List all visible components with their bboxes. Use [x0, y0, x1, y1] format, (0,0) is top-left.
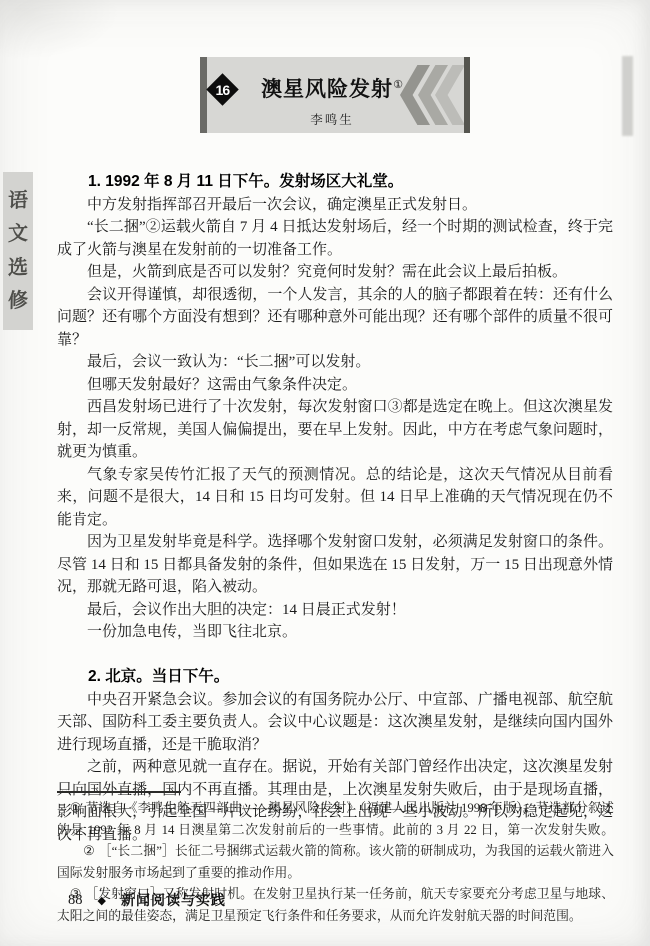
lesson-header-band: 16 澳星风险发射① 李鸣生 [200, 57, 470, 133]
sidebar-label-char: 修 [8, 290, 28, 311]
footnote-text: 节选自《李鸣生航天四部曲——澳星风险发射》（福建人民出版社 1998 年版）。节… [57, 801, 614, 837]
body-paragraph: 中方发射指挥部召开最后一次会议，确定澳星正式发射日。 [57, 194, 613, 217]
band-right-bar [464, 57, 470, 133]
body-paragraph: 最后，会议一致认为：“长二捆”可以发射。 [57, 351, 613, 374]
page-footer: 88 ◆ 新闻阅读与实践 [68, 890, 226, 910]
body-paragraph: 一份加急电传，当即飞往北京。 [57, 621, 613, 644]
body-paragraph: 气象专家吴传竹汇报了天气的预测情况。总的结论是，这次天气情况从目前看来，问题不是… [57, 464, 613, 532]
body-paragraph: 中央召开紧急会议。参加会议的有国务院办公厅、中宣部、广播电视部、航空航天部、国防… [57, 689, 613, 757]
footnote-mark: ① [70, 801, 82, 815]
title-footnote-mark: ① [393, 79, 403, 91]
page-number: 88 [68, 892, 83, 909]
lesson-number-badge: 16 [206, 73, 239, 106]
sidebar-label-char: 文 [8, 224, 28, 245]
footnote-group: ①节选自《李鸣生航天四部曲——澳星风险发射》（福建人民出版社 1998 年版）。… [57, 798, 614, 884]
body-paragraph: 但是，火箭到底是否可以发射？究竟何时发射？需在此会议上最后拍板。 [57, 261, 613, 284]
sidebar-label-char: 语 [8, 191, 28, 212]
lesson-title-block: 澳星风险发射① 李鸣生 [252, 72, 412, 128]
footnote-text: ［“长二捆”］长征二号捆绑式运载火箭的简称。该火箭的研制成功，为我国的运载火箭进… [57, 844, 614, 880]
footnote-mark: ② [83, 844, 95, 858]
body-paragraph: 因为卫星发射毕竟是科学。选择哪个发射窗口发射，必须满足发射窗口的条件。尽管 14… [57, 531, 613, 599]
scan-artifact-right-smudge [622, 56, 633, 136]
scan-artifact-corner [0, 0, 120, 60]
author-name: 李鸣生 [252, 110, 412, 128]
footnote-item: ②［“长二捆”］长征二号捆绑式运载火箭的简称。该火箭的研制成功，为我国的运载火箭… [57, 844, 614, 880]
section-heading: 2. 北京。当日下午。 [57, 666, 613, 689]
lesson-body: 1. 1992 年 8 月 11 日下午。发射场区大礼堂。 中方发射指挥部召开最… [57, 171, 613, 846]
section-heading: 1. 1992 年 8 月 11 日下午。发射场区大礼堂。 [57, 171, 613, 194]
body-paragraph: 西昌发射场已进行了十次发射，每次发射窗口③都是选定在晚上。但这次澳星发射，却一反… [57, 396, 613, 464]
diamond-icon: ◆ [98, 894, 106, 907]
body-paragraph: “长二捆”②运载火箭自 7 月 4 日抵达发射场后，经一个时期的测试检查，终于完… [57, 216, 613, 261]
band-left-bar [200, 57, 207, 133]
sidebar-label-char: 选 [8, 257, 28, 278]
footnote-item: ①节选自《李鸣生航天四部曲——澳星风险发射》（福建人民出版社 1998 年版）。… [57, 801, 614, 837]
body-paragraph: 最后，会议作出大胆的决定：14 日晨正式发射！ [57, 599, 613, 622]
body-paragraph: 但哪天发射最好？这需由气象条件决定。 [57, 374, 613, 397]
textbook-page: 语 文 选 修 16 澳星风险发射① 李鸣生 1. 1992 年 8 月 11 … [0, 0, 650, 946]
lesson-number: 16 [216, 81, 230, 97]
footnote-divider [57, 791, 181, 793]
book-title: 新闻阅读与实践 [121, 890, 226, 910]
lesson-title: 澳星风险发射① [252, 72, 412, 103]
body-paragraph: 会议开得谨慎，却很透彻，一个人发言，其余的人的脑子都跟着在转：还有什么问题？还有… [57, 284, 613, 352]
sidebar-course-strip: 语 文 选 修 [3, 172, 33, 330]
